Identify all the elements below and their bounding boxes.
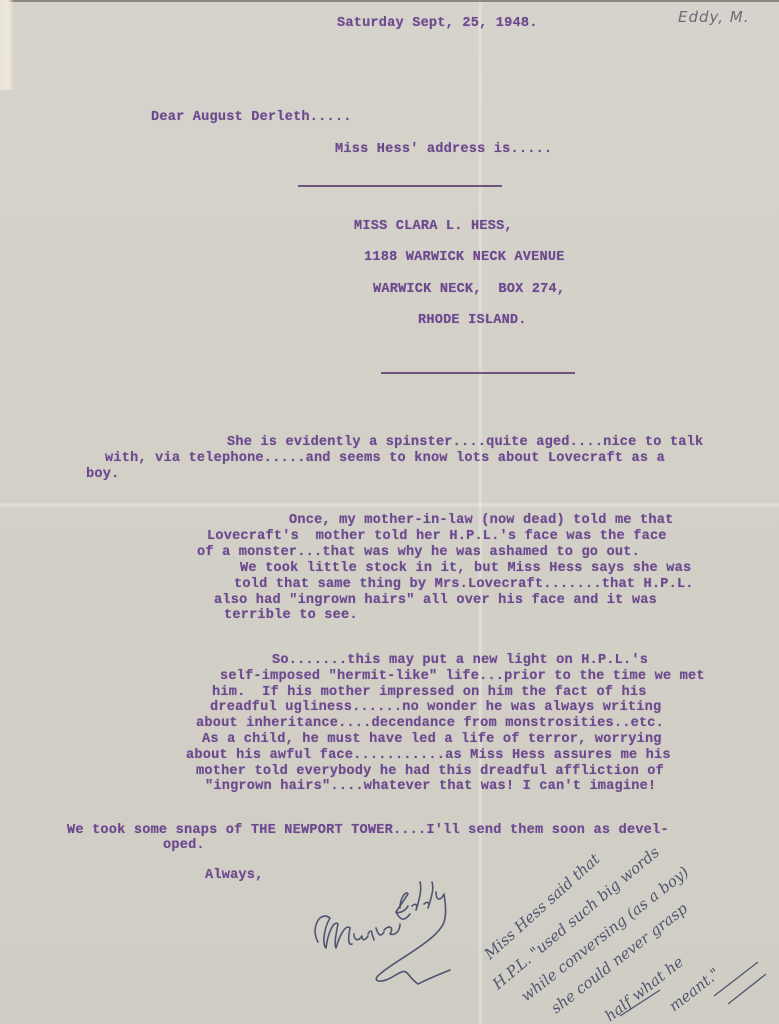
text-line: So.......this may put a new light on H.P… [272,653,648,669]
text-line: self-imposed "hermit-like" life...prior … [220,669,705,685]
text-line: Lovecraft's mother told her H.P.L.'s fac… [207,529,667,545]
closing: Always, [205,868,264,884]
text-line: As a child, he must have led a life of t… [202,732,662,748]
handwritten-note: Miss Hess said that H.P.L. "used such bi… [470,840,779,1024]
letter-date: Saturday Sept, 25, 1948. [337,16,538,32]
text-line: Once, my mother-in-law (now dead) told m… [289,513,673,529]
text-line: mother told everybody he had this dreadf… [196,764,664,780]
text-line: "ingrown hairs"....whatever that was! I … [205,779,656,795]
divider-rule-bottom [381,372,575,374]
text-line: oped. [163,838,205,854]
text-line: dreadful ugliness......no wonder he was … [210,700,661,716]
divider-rule-top [298,185,502,187]
text-line: boy. [86,467,119,483]
text-line: of a monster...that was why he was asham… [197,545,640,561]
text-line: We took some snaps of THE NEWPORT TOWER.… [67,823,669,839]
text-line: She is evidently a spinster....quite age… [227,435,703,451]
text-line: him. If his mother impressed on him the … [212,685,647,701]
text-line: about inheritance....decendance from mon… [196,716,664,732]
text-line: told that same thing by Mrs.Lovecraft...… [234,577,694,593]
handwritten-note-text: Miss Hess said that H.P.L. "used such bi… [470,840,779,1024]
address-intro: Miss Hess' address is..... [335,142,552,158]
address-line-name: MISS CLARA L. HESS, [354,219,513,235]
text-line: terrible to see. [224,608,358,624]
salutation: Dear August Derleth..... [151,110,352,126]
text-line: also had "ingrown hairs" all over his fa… [214,593,657,609]
text-line: about his awful face...........as Miss H… [186,748,671,764]
address-line-state: RHODE ISLAND. [418,313,527,329]
address-line-street: 1188 WARWICK NECK AVENUE [364,250,565,266]
text-line: We took little stock in it, but Miss Hes… [240,561,691,577]
letter-page: Eddy, M. Saturday Sept, 25, 1948. Dear A… [0,0,779,1024]
address-line-city: WARWICK NECK, BOX 274, [373,282,565,298]
text-line: with, via telephone.....and seems to kno… [105,451,665,467]
archive-annotation: Eddy, M. [678,8,749,26]
